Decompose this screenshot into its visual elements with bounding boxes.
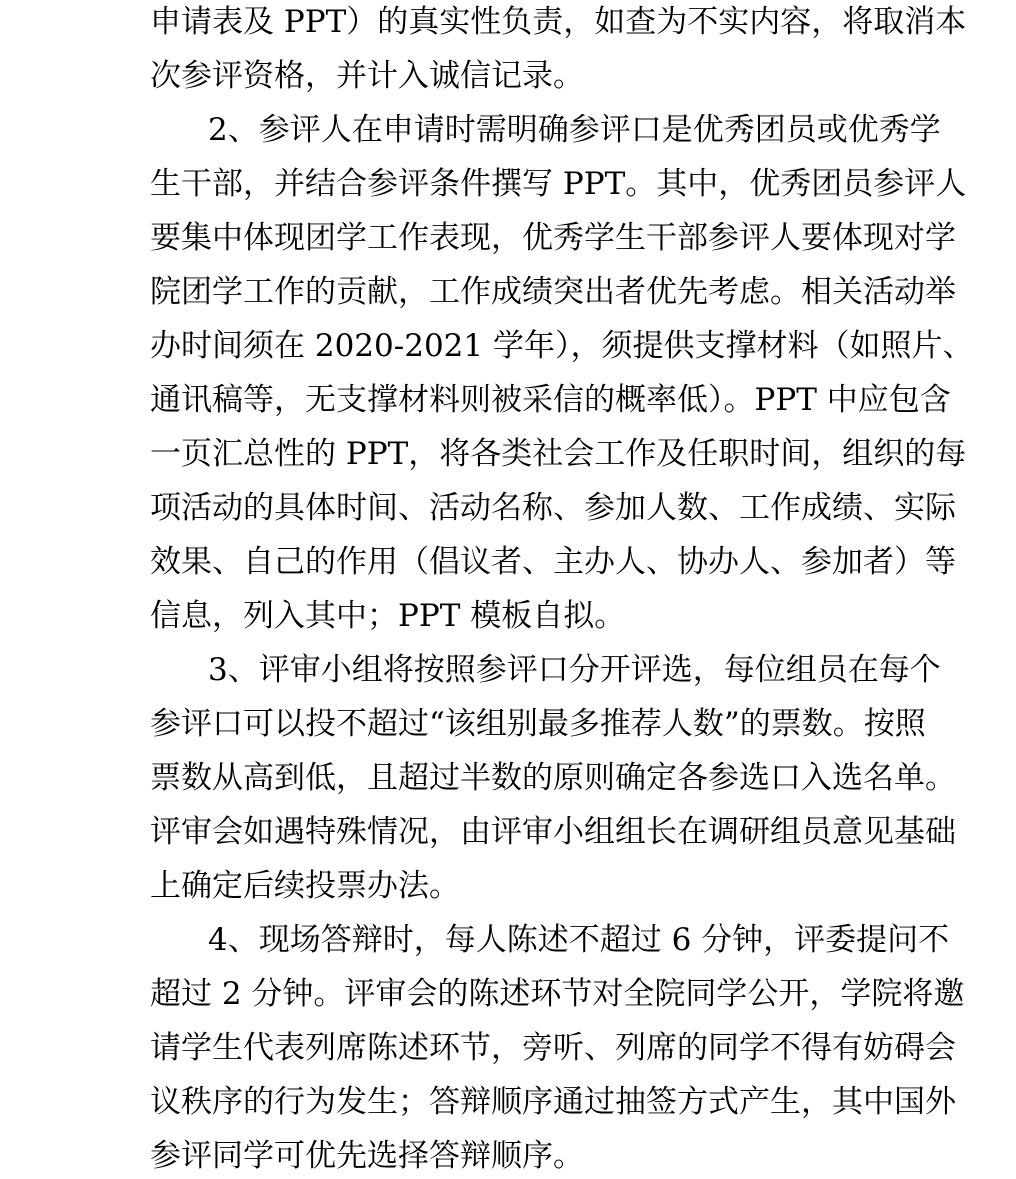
text-line: 院团学工作的贡献，工作成绩突出者优先考虑。相关活动举 [150, 265, 956, 319]
text-line: 议秩序的行为发生；答辩顺序通过抽签方式产生，其中国外 [150, 1075, 956, 1129]
text-line: 评审会如遇特殊情况，由评审小组组长在调研组员意见基础 [150, 805, 956, 859]
paragraph-2-start: 2、参评人在申请时需明确参评口是优秀团员或优秀学 [208, 103, 941, 157]
text-line: 信息，列入其中；PPT 模板自拟。 [150, 589, 625, 643]
paragraph-3-start: 3、评审小组将按照参评口分开评选，每位组员在每个 [208, 643, 941, 697]
text-line: 超过 2 分钟。评审会的陈述环节对全院同学公开，学院将邀 [150, 967, 964, 1021]
text-line: 项活动的具体时间、活动名称、参加人数、工作成绩、实际 [150, 481, 956, 535]
text-line: 请学生代表列席陈述环节，旁听、列席的同学不得有妨碍会 [150, 1021, 956, 1075]
text-line: 参评同学可优先选择答辩顺序。 [150, 1129, 584, 1179]
text-line: 次参评资格，并计入诚信记录。 [150, 49, 584, 103]
text-line: 办时间须在 2020-2021 学年），须提供支撑材料（如照片、 [150, 319, 973, 373]
text-line: 生干部，并结合参评条件撰写 PPT。其中，优秀团员参评人 [150, 157, 966, 211]
text-line: 票数从高到低，且超过半数的原则确定各参选口入选名单。 [150, 751, 956, 805]
text-line: 上确定后续投票办法。 [150, 859, 460, 913]
text-line: 效果、自己的作用（倡议者、主办人、协办人、参加者）等 [150, 535, 956, 589]
text-line: 申请表及 PPT）的真实性负责，如查为不实内容，将取消本 [150, 0, 966, 49]
text-line: 通讯稿等，无支撑材料则被采信的概率低）。PPT 中应包含 [150, 373, 951, 427]
text-line: 参评口可以投不超过“该组别最多推荐人数”的票数。按照 [150, 697, 926, 751]
paragraph-4-start: 4、现场答辩时，每人陈述不超过 6 分钟，评委提问不 [208, 913, 949, 967]
text-line: 一页汇总性的 PPT，将各类社会工作及任职时间，组织的每 [150, 427, 966, 481]
text-line: 要集中体现团学工作表现，优秀学生干部参评人要体现对学 [150, 211, 956, 265]
